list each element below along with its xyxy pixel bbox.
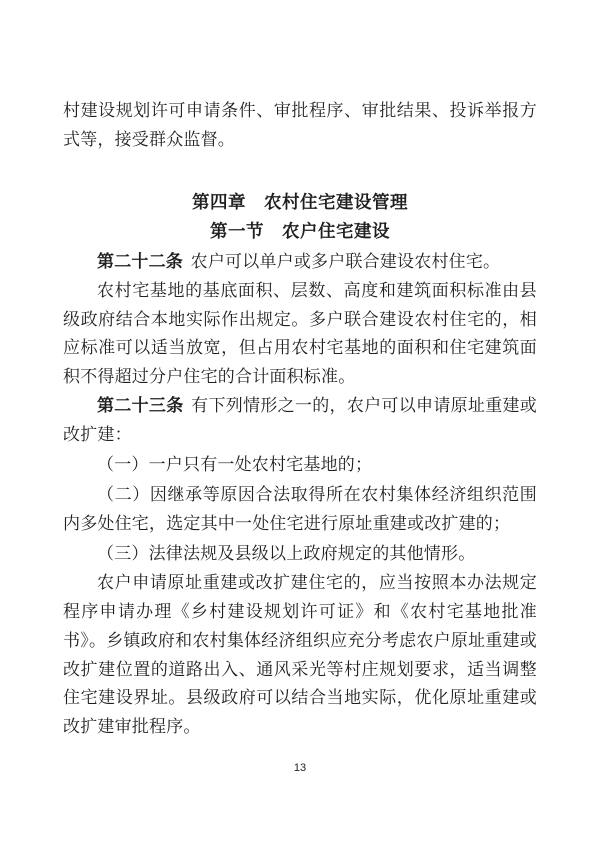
- article-22-paragraph-2: 农村宅基地的基底面积、层数、高度和建筑面积标准由县级政府结合本地实际作出规定。多…: [63, 277, 537, 392]
- article-23-paragraph: 第二十三条有下列情形之一的，农户可以申请原址重建或改扩建：: [63, 392, 537, 450]
- page-number: 13: [0, 761, 600, 775]
- section-heading: 第一节 农户住宅建设: [63, 217, 537, 246]
- document-page: 村建设规划许可申请条件、审批程序、审批结果、投诉举报方式等，接受群众监督。 第四…: [0, 0, 600, 848]
- article-23-item-2: （二）因继承等原因合法取得所在农村集体经济组织范围内多处住宅，选定其中一处住宅进…: [63, 481, 537, 539]
- article-23-label: 第二十三条: [97, 396, 184, 415]
- article-23-paragraph-2: 农户申请原址重建或改扩建住宅的，应当按照本办法规定程序申请办理《乡村建设规划许可…: [63, 569, 537, 742]
- page-content: 村建设规划许可申请条件、审批程序、审批结果、投诉举报方式等，接受群众监督。 第四…: [63, 97, 537, 742]
- continuation-paragraph: 村建设规划许可申请条件、审批程序、审批结果、投诉举报方式等，接受群众监督。: [63, 97, 537, 154]
- article-23-item-3: （三）法律法规及县级以上政府规定的其他情形。: [63, 540, 537, 569]
- article-22-paragraph: 第二十二条农户可以单户或多户联合建设农村住宅。: [63, 248, 537, 277]
- article-22-label: 第二十二条: [97, 252, 183, 271]
- article-22-text: 农户可以单户或多户联合建设农村住宅。: [191, 252, 501, 271]
- article-23-item-1: （一）一户只有一处农村宅基地的；: [63, 451, 537, 480]
- chapter-heading: 第四章 农村住宅建设管理: [63, 188, 537, 217]
